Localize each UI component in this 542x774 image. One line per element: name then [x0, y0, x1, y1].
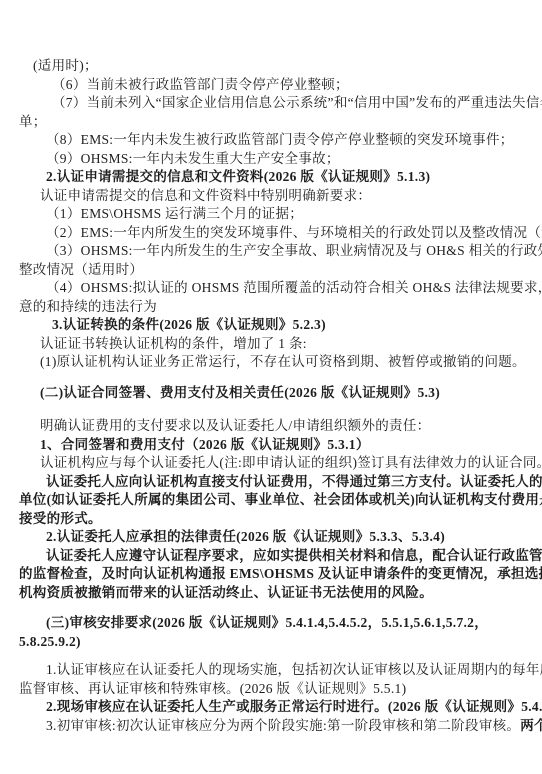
doc-line: 的监督检查，及时向认证机构通报 EMS\OHSMS 及认证申请条件的变更情况，承…	[19, 565, 528, 584]
doc-line: 认证委托人应向认证机构直接支付认证费用，不得通过第三方支付。认证委托人的上级	[19, 473, 528, 492]
doc-line: 3.认证转换的条件(2026 版《认证规则》5.2.3)	[19, 316, 528, 335]
doc-text: （6）当前未被行政监管部门责令停产停业整顿；	[52, 77, 349, 92]
doc-line: 1、合同签署和费用支付（2026 版《认证规则》5.3.1）	[19, 436, 528, 455]
doc-line: 意的和持续的违法行为	[19, 298, 528, 317]
doc-text: 认证委托人应向认证机构直接支付认证费用，不得通过第三方支付。认证委托人的上级	[46, 474, 542, 489]
doc-text: 5.8.25.9.2)	[19, 634, 81, 649]
document-body: (适用时)；（6）当前未被行政监管部门责令停产停业整顿；（7）当前未列入“国家企…	[19, 57, 528, 735]
doc-line: (二)认证合同签署、费用支付及相关责任(2026 版《认证规则》5.3)	[19, 384, 528, 403]
doc-text: 认证申请需提交的信息和文件资料中特别明确新要求：	[40, 188, 371, 203]
doc-text: （7）当前未列入“国家企业信用信息公示系统”和“信用中国”发布的严重违法失信名	[52, 95, 542, 110]
doc-line: 机构资质被撤销而带来的认证活动终止、认证证书无法使用的风险。	[19, 584, 528, 603]
document-page: (适用时)；（6）当前未被行政监管部门责令停产停业整顿；（7）当前未列入“国家企…	[0, 0, 542, 774]
doc-text: 2.认证申请需提交的信息和文件资料(2026 版《认证规则》5.1.3)	[46, 169, 430, 184]
doc-line: （9）OHSMS:一年内未发生重大生产安全事故；	[19, 150, 528, 169]
doc-line: 明确认证费用的支付要求以及认证委托人/申请组织额外的责任：	[19, 417, 528, 436]
doc-text: 接受的形式。	[19, 511, 102, 526]
doc-text: （3）OHSMS:一年内所发生的生产安全事故、职业病情况及与 OH&S 相关的行…	[46, 243, 542, 258]
doc-text: （2）EMS:一年内所发生的突发环境事件、与环境相关的行政处罚以及整改情况（适用…	[46, 225, 542, 240]
doc-line: 认证申请需提交的信息和文件资料中特别明确新要求：	[19, 187, 528, 206]
doc-text: (三)审核安排要求(2026 版《认证规则》5.4.1.4,5.4.5.2，5.…	[46, 615, 488, 630]
doc-text: (二)认证合同签署、费用支付及相关责任(2026 版《认证规则》5.3)	[40, 385, 440, 400]
doc-text: 2.现场审核应在认证委托人生产或服务正常运行时进行。(2026 版《认证规则》5…	[46, 699, 542, 714]
doc-text: （9）OHSMS:一年内未发生重大生产安全事故；	[46, 151, 340, 166]
doc-line: 认证机构应与每个认证委托人(注:即申请认证的组织)签订具有法律效力的认证合同。	[19, 454, 528, 473]
doc-line: 3.初审审核:初次认证审核应分为两个阶段实施:第一阶段审核和第二阶段审核。两个阶	[19, 717, 528, 736]
doc-line: (适用时)；	[19, 57, 528, 76]
doc-line: 认证证书转换认证机构的条件，增加了 1 条:	[19, 335, 528, 354]
doc-line: （3）OHSMS:一年内所发生的生产安全事故、职业病情况及与 OH&S 相关的行…	[19, 242, 528, 261]
doc-text: 2.认证委托人应承担的法律责任(2026 版《认证规则》5.3.3、5.3.4)	[46, 529, 445, 544]
doc-text: 认证委托人应遵守认证程序要求，应如实提供相关材料和信息，配合认证行政监管部门	[46, 548, 542, 563]
doc-text: 明确认证费用的支付要求以及认证委托人/申请组织额外的责任：	[40, 418, 430, 433]
doc-text: 机构资质被撤销而带来的认证活动终止、认证证书无法使用的风险。	[19, 585, 433, 600]
doc-text: 意的和持续的违法行为	[19, 299, 157, 314]
doc-text: 3.认证转换的条件(2026 版《认证规则》5.2.3)	[52, 317, 326, 332]
doc-line: (1)原认证机构认证业务正常运行，不存在认可资格到期、被暂停或撤销的问题。	[19, 353, 528, 372]
doc-text: 认证证书转换认证机构的条件，增加了 1 条:	[40, 336, 307, 351]
doc-line: 监督审核、再认证审核和特殊审核。(2026 版《认证规则》5.5.1)	[19, 680, 528, 699]
doc-line: 2.认证委托人应承担的法律责任(2026 版《认证规则》5.3.3、5.3.4)	[19, 528, 528, 547]
doc-text: 认证机构应与每个认证委托人(注:即申请认证的组织)签订具有法律效力的认证合同。	[40, 455, 542, 470]
doc-text: 的监督检查，及时向认证机构通报 EMS\OHSMS 及认证申请条件的变更情况，承…	[19, 566, 542, 581]
doc-line: 1.认证审核应在认证委托人的现场实施，包括初次认证审核以及认证周期内的每年度的	[19, 661, 528, 680]
doc-line: 接受的形式。	[19, 510, 528, 529]
doc-line: 认证委托人应遵守认证程序要求，应如实提供相关材料和信息，配合认证行政监管部门	[19, 547, 528, 566]
doc-text: 1、合同签署和费用支付（2026 版《认证规则》5.3.1）	[40, 437, 370, 452]
doc-text: 两个阶	[520, 718, 542, 733]
doc-line: （2）EMS:一年内所发生的突发环境事件、与环境相关的行政处罚以及整改情况（适用…	[19, 224, 528, 243]
doc-text: 监督审核、再认证审核和特殊审核。(2026 版《认证规则》5.5.1)	[19, 681, 406, 696]
doc-line: 2.认证申请需提交的信息和文件资料(2026 版《认证规则》5.1.3)	[19, 168, 528, 187]
doc-line: （1）EMS\OHSMS 运行满三个月的证据；	[19, 205, 528, 224]
doc-line: （8）EMS:一年内未发生被行政监管部门责令停产停业整顿的突发环境事件；	[19, 131, 528, 150]
doc-text: (适用时)；	[33, 58, 98, 73]
doc-line: （7）当前未列入“国家企业信用信息公示系统”和“信用中国”发布的严重违法失信名	[19, 94, 528, 113]
doc-text: (1)原认证机构认证业务正常运行，不存在认可资格到期、被暂停或撤销的问题。	[40, 354, 526, 369]
doc-line: 2.现场审核应在认证委托人生产或服务正常运行时进行。(2026 版《认证规则》5…	[19, 698, 528, 717]
doc-line: 5.8.25.9.2)	[19, 633, 528, 652]
doc-text: 单；	[19, 114, 47, 129]
doc-line: (三)审核安排要求(2026 版《认证规则》5.4.1.4,5.4.5.2，5.…	[19, 614, 528, 633]
doc-line: （4）OHSMS:拟认证的 OHSMS 范围所覆盖的活动符合相关 OH&S 法律…	[19, 279, 528, 298]
doc-text: 单位(如认证委托人所属的集团公司、事业单位、社会团体或机关)向认证机构支付费用是…	[19, 492, 542, 507]
doc-line: 单；	[19, 113, 528, 132]
doc-text: （8）EMS:一年内未发生被行政监管部门责令停产停业整顿的突发环境事件；	[46, 132, 514, 147]
doc-text: （1）EMS\OHSMS 运行满三个月的证据；	[46, 206, 303, 221]
doc-line: 单位(如认证委托人所属的集团公司、事业单位、社会团体或机关)向认证机构支付费用是…	[19, 491, 528, 510]
doc-line: （6）当前未被行政监管部门责令停产停业整顿；	[19, 76, 528, 95]
doc-text: 1.认证审核应在认证委托人的现场实施，包括初次认证审核以及认证周期内的每年度的	[46, 662, 542, 677]
doc-text: （4）OHSMS:拟认证的 OHSMS 范围所覆盖的活动符合相关 OH&S 法律…	[46, 280, 542, 295]
doc-text: 3.初审审核:初次认证审核应分为两个阶段实施:第一阶段审核和第二阶段审核。	[46, 718, 520, 733]
doc-line: 整改情况（适用时）	[19, 261, 528, 280]
doc-text: 整改情况（适用时）	[19, 262, 143, 277]
